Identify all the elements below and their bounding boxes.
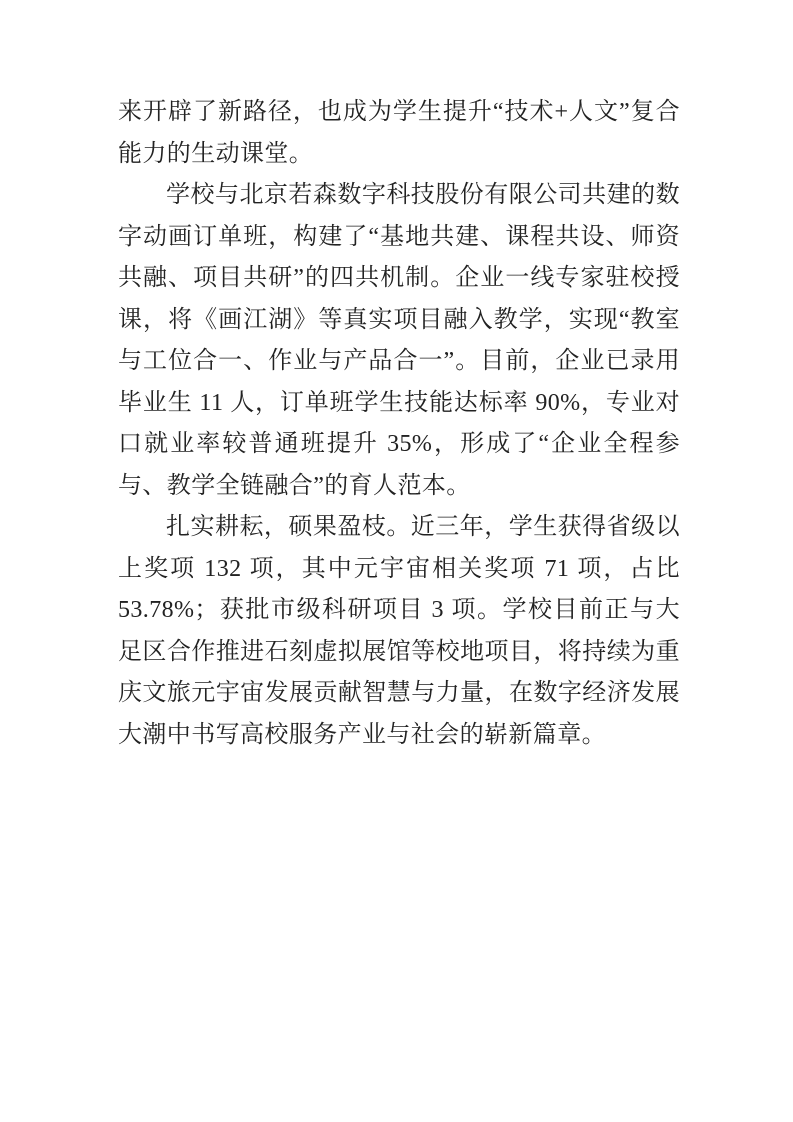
paragraph-order-class: 学校与北京若森数字科技股份有限公司共建的数字动画订单班，构建了“基地共建、课程共… <box>118 175 680 507</box>
document-page: 来开辟了新路径，也成为学生提升“技术+人文”复合能力的生动课堂。 学校与北京若森… <box>0 0 793 1122</box>
paragraph-continuation: 来开辟了新路径，也成为学生提升“技术+人文”复合能力的生动课堂。 <box>118 92 680 175</box>
document-body: 来开辟了新路径，也成为学生提升“技术+人文”复合能力的生动课堂。 学校与北京若森… <box>118 92 680 756</box>
paragraph-achievements: 扎实耕耘，硕果盈枝。近三年，学生获得省级以上奖项 132 项，其中元宇宙相关奖项… <box>118 507 680 756</box>
